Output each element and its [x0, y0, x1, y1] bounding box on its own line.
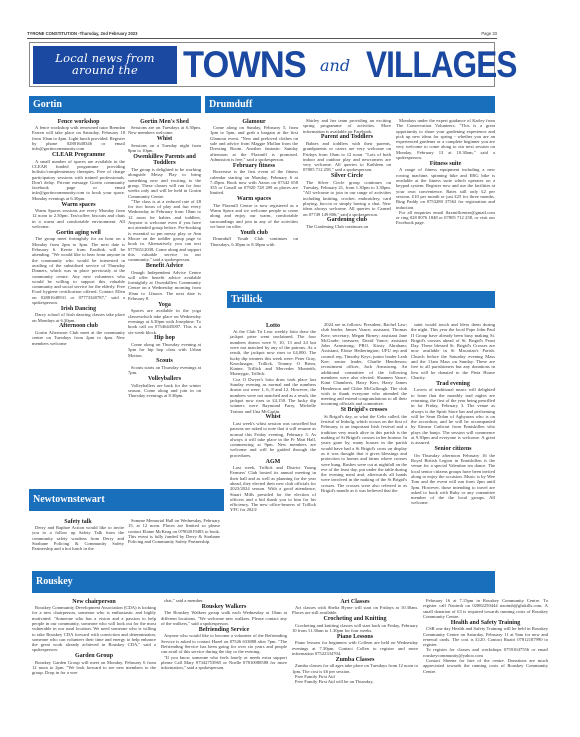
article-headline: Warm spaces	[32, 202, 125, 209]
article-headline: Youth club	[210, 230, 298, 237]
article-paragraph: Spaces are available in the yoga classes…	[128, 308, 201, 334]
article-paragraph: Rouskey Community Development Associatio…	[32, 605, 156, 653]
article-headline: Parent and Toddlers	[303, 134, 391, 141]
page-header: TYRONE CONSTITUTION -Thursday, 2nd Febru…	[27, 30, 497, 39]
section-header-newtownstewart: Newtownstewart	[29, 489, 224, 511]
article-headline: Fence workshop	[32, 119, 125, 126]
article-headline: Volleyballers	[128, 376, 201, 383]
article-headline: Garden Group	[32, 653, 156, 660]
section-header-gortin: Gortin	[29, 96, 201, 113]
article-paragraph: Shirley and her team providing an exciti…	[303, 118, 391, 134]
article-headline: Hip hop	[128, 335, 201, 342]
drumduff-col-2: Shirley and her team providing an exciti…	[303, 118, 391, 229]
article-paragraph: Piano lessons for beginners with Colleen…	[292, 640, 418, 656]
article-paragraph: chat," said a member.	[161, 598, 287, 603]
rouskey-col-1: New chairpersonRouskey Community Develop…	[32, 598, 156, 676]
article-paragraph: A small number of spaces are available i…	[32, 159, 125, 201]
article-headline: Gardening club	[303, 217, 391, 224]
section-header-trillick: Trillick	[227, 291, 495, 308]
article-paragraph: Drumduff Youth Club continues on Thursda…	[210, 236, 298, 247]
article-paragraph: At the Club Tri Leac weekly lotto draw t…	[230, 329, 316, 377]
article-paragraph: The group meet fortnightly for an hour o…	[32, 236, 125, 305]
article-headline: Health and Safety Training	[423, 620, 548, 627]
article-paragraph: Gortin Afternoon Club meet at the commun…	[32, 330, 125, 346]
article-paragraph: Sessions are on Tuesdays at 6.30pm. New …	[128, 125, 201, 136]
publication-date: TYRONE CONSTITUTION -Thursday, 2nd Febru…	[27, 31, 137, 36]
article-paragraph: Free Family First Aid will be on Thursda…	[292, 679, 418, 684]
article-paragraph: Somme Memorial Hall on Wednesday, Februa…	[128, 518, 220, 544]
article-headline: Glamour	[210, 119, 298, 126]
article-paragraph: To register for classes and workshops 07…	[423, 647, 548, 658]
banner-tagline: Local news from around the	[33, 46, 177, 84]
article-headline: Benefit Advice	[128, 263, 201, 270]
article-headline: Silver Circle	[303, 173, 391, 180]
article-headline: Senior citizens	[411, 446, 495, 453]
section-header-rouskey: Rouskey	[32, 571, 495, 593]
article-paragraph: Darcy school of Irish dancing classes ta…	[32, 312, 125, 323]
article-paragraph: "The class is at a reduced rate of £8 fo…	[128, 199, 201, 263]
article-headline: Befriending Service	[161, 627, 287, 634]
banner-towns: TOWNS	[183, 45, 306, 85]
trillick-col-2: 2024 are as follows: President, Rachel L…	[321, 322, 407, 493]
article-paragraph: Coa O Dwyer's lotto draw took place last…	[230, 377, 316, 414]
trillick-col-3: saint would touch and bless them during …	[411, 322, 495, 506]
article-headline: New chairperson	[32, 599, 156, 606]
article-paragraph: On Thursday afternoon February 16 the Ro…	[411, 453, 495, 506]
article-headline: Trad evening	[411, 381, 495, 388]
article-paragraph: Boxersise is the first event of the fitn…	[210, 169, 298, 195]
article-paragraph: Lovers of traditional music will delight…	[411, 387, 495, 445]
article-paragraph: The Silver Circle group continues on Tue…	[303, 180, 391, 217]
article-paragraph: Omagh Independent Advice Centre will off…	[128, 270, 201, 302]
section-header-drumduff: Drumduff	[205, 96, 495, 113]
article-headline: CLEAR Programme	[32, 152, 125, 159]
article-headline: Safety talk	[32, 519, 124, 526]
article-headline: Whist	[128, 136, 201, 143]
article-paragraph: 2024 are as follows: President, Rachel L…	[321, 322, 407, 407]
article-paragraph: Anyone who would like to become a volunt…	[161, 633, 287, 654]
article-paragraph: Warm Spaces sessions are every Monday fr…	[32, 208, 125, 229]
newtownstewart-col-2: Somme Memorial Hall on Wednesday, Februa…	[128, 518, 220, 544]
article-paragraph: CSR one day Health and Safety Training w…	[423, 626, 548, 647]
article-paragraph: saint would touch and bless them during …	[411, 322, 495, 380]
article-headline: Piano Lessons	[292, 634, 418, 641]
banner-and: and	[320, 56, 350, 75]
rouskey-col-4: February 16 at 7.15pm in Rouskey Communi…	[423, 598, 548, 674]
article-paragraph: Last week's whist session was cancelled …	[230, 421, 316, 458]
article-paragraph: Mondays under the expert guidance of Kar…	[396, 118, 495, 160]
article-headline: Yoga	[128, 302, 201, 309]
article-paragraph: February 16 at 7.15pm in Rouskey Communi…	[423, 598, 548, 619]
drumduff-col-1: GlamourCome along on Sunday, February 5,…	[210, 118, 298, 247]
towns-villages-banner: Local news from around the TOWNS and VIL…	[29, 42, 495, 87]
article-paragraph: Come along on Thursday evening at 5pm fo…	[128, 342, 201, 358]
article-paragraph: A fence workshop with renowned tutor Bre…	[32, 125, 125, 151]
article-paragraph: The Gardening Club continues on	[303, 224, 391, 229]
article-headline: AGM	[230, 459, 316, 466]
article-paragraph: Scouts starts on Thursday evenings at 7p…	[128, 365, 201, 376]
article-paragraph: Art classes with Shelia Byrne will start…	[292, 605, 418, 616]
page-number: Page 33	[481, 31, 497, 36]
article-paragraph: St Brigid's day, or what the Celts calle…	[321, 414, 407, 493]
article-paragraph: Come along on Sunday, February 5, from 1…	[210, 125, 298, 162]
article-headline: Art Classes	[292, 599, 418, 606]
rouskey-col-2: chat," said a member.Rouskey WalkersThe …	[161, 598, 287, 670]
article-paragraph: "If you know someone who feels lonely or…	[161, 655, 287, 671]
article-headline: Zumba Classes	[292, 657, 418, 664]
article-headline: February fitness	[210, 163, 298, 170]
article-paragraph: The Rouskey Walkers group walk each Wedn…	[161, 610, 287, 626]
article-headline: Lotto	[230, 323, 316, 330]
article-headline: Gortin aging well	[32, 230, 125, 237]
article-headline: Fitness suite	[396, 161, 495, 168]
article-headline: St Brigid's crosses	[321, 407, 407, 414]
newtownstewart-col-1: Safety talkDerry and Raphoe Action would…	[32, 518, 124, 552]
article-paragraph: Babies and toddlers with their parents, …	[303, 141, 391, 173]
article-paragraph: Rouskey Garden Group will meet on Monday…	[32, 660, 156, 676]
article-headline: Warm spaces	[210, 196, 298, 203]
gortin-col-1: Fence workshopA fence workshop with reno…	[32, 118, 125, 346]
article-paragraph: Last week, Trillick and District Young F…	[230, 465, 316, 513]
article-paragraph: Crocheting and knitting classes will sta…	[292, 623, 418, 634]
article-paragraph: Sessions on a Tuesday night from 8pm to …	[128, 143, 201, 154]
article-headline: Gortin Men's Shed	[128, 119, 201, 126]
article-headline: Whist	[230, 414, 316, 421]
article-paragraph: Volleyballers are back for the winter se…	[128, 383, 201, 399]
article-headline: Irish Dancing	[32, 306, 125, 313]
rouskey-col-3: Art ClassesArt classes with Shelia Byrne…	[292, 598, 418, 685]
article-paragraph: Zumba classes for all ages take place on…	[292, 663, 418, 674]
trillick-col-1: LottoAt the Club Tri Leac weekly lotto d…	[230, 322, 316, 513]
article-headline: Owenkillew Parents and Toddlers	[128, 154, 201, 167]
article-headline: Crocheting and Knitting	[292, 616, 418, 623]
article-paragraph: Derry and Raphoe Action would like to in…	[32, 525, 124, 551]
gortin-col-2: Gortin Men's ShedSessions are on Tuesday…	[128, 118, 201, 399]
article-paragraph: Contact Sheena for hire of the centre. D…	[423, 658, 548, 674]
article-headline: Afternoon club	[32, 323, 125, 330]
article-paragraph: The Flaxmill Centre is now registered as…	[210, 203, 298, 229]
article-headline: Scouts	[128, 358, 201, 365]
drumduff-col-3: Mondays under the expert guidance of Kar…	[396, 118, 495, 226]
article-headline: Rouskey Walkers	[161, 604, 287, 611]
article-paragraph: For all enquiries email flaxmillcentre@g…	[396, 210, 495, 226]
article-paragraph: The group is delighted to be working alo…	[128, 167, 201, 199]
article-paragraph: A range of fitness equipment including a…	[396, 167, 495, 209]
banner-villages: VILLAGES	[366, 45, 516, 85]
